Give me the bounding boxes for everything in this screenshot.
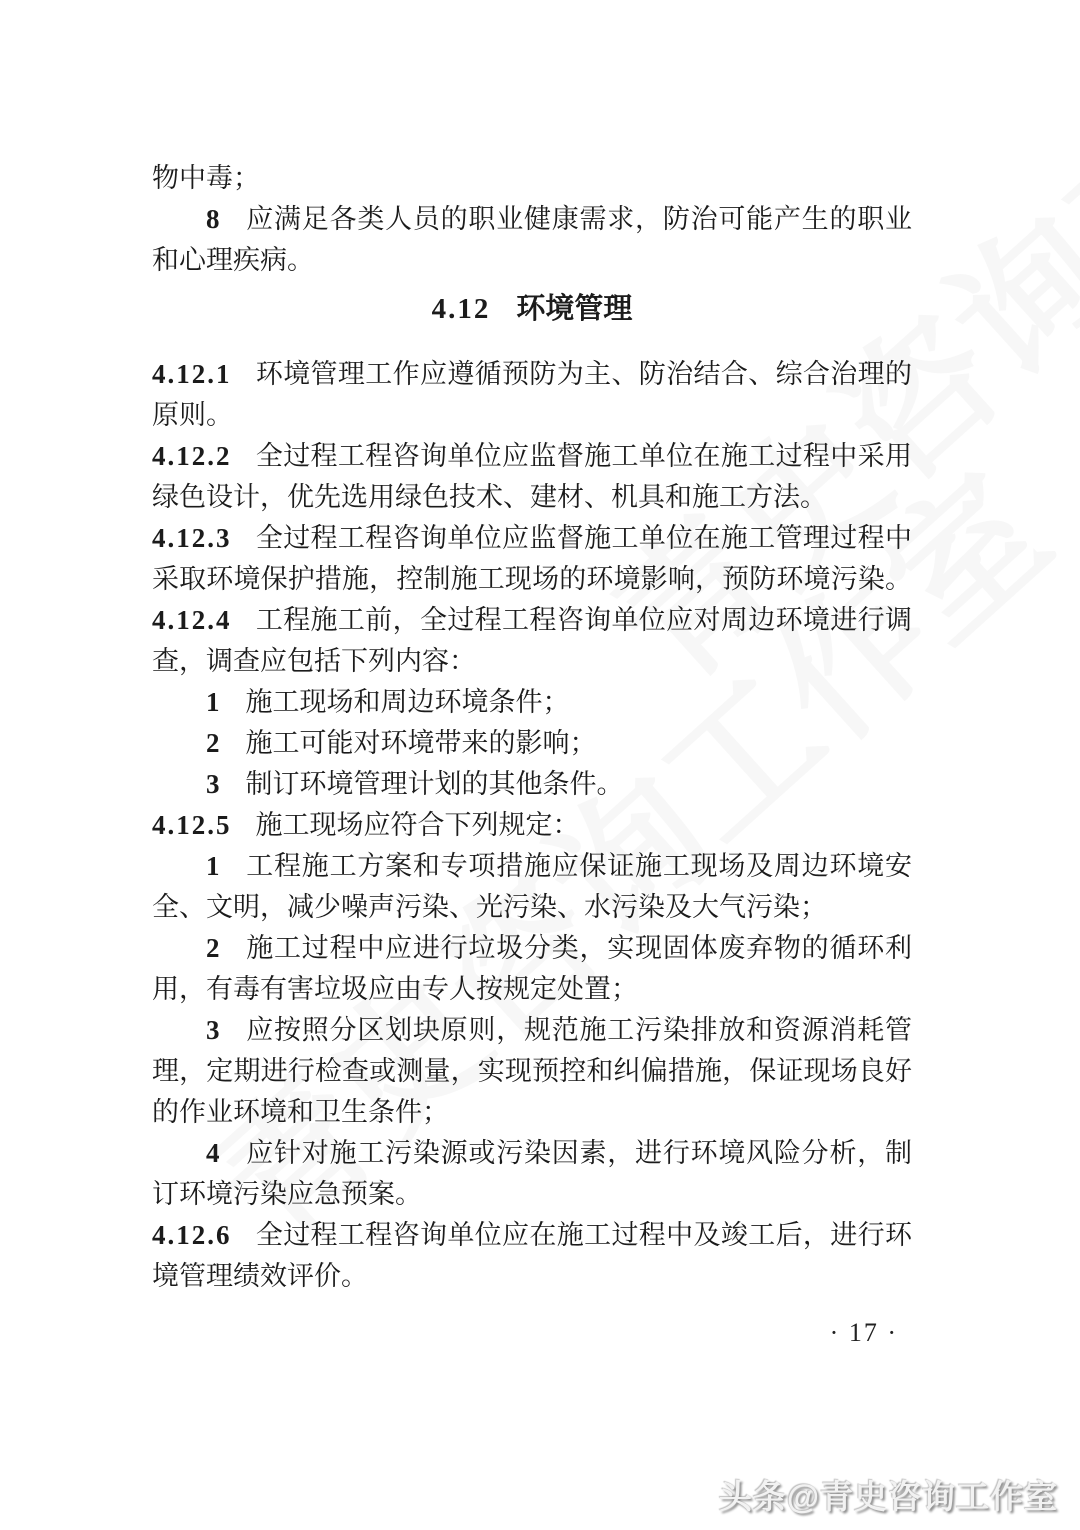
clause-number: 3 xyxy=(206,1015,222,1045)
text-line: 4.12.6全过程工程咨询单位应在施工过程中及竣工后，进行环 xyxy=(152,1215,912,1256)
clause-number: 4.12.1 xyxy=(152,359,232,389)
line-text: 采取环境保护措施，控制施工现场的环境影响，预防环境污染。 xyxy=(152,564,912,594)
line-text: 全过程工程咨询单位应监督施工单位在施工管理过程中 xyxy=(256,523,913,553)
text-line: 4.12.2全过程工程咨询单位应监督施工单位在施工过程中采用 xyxy=(152,436,912,477)
line-text: 应针对施工污染源或污染因素，进行环境风险分析，制 xyxy=(246,1138,913,1168)
text-line: 查，调查应包括下列内容： xyxy=(152,641,912,682)
line-text: 订环境污染应急预案。 xyxy=(152,1179,422,1209)
line-text: 环境管理 xyxy=(516,293,632,325)
clause-number: 4 xyxy=(206,1138,222,1168)
line-text: 查，调查应包括下列内容： xyxy=(152,646,476,676)
footer-watermark: 头条@青史咨询工作室 xyxy=(719,1471,1058,1518)
line-text: 的作业环境和卫生条件； xyxy=(152,1097,449,1127)
line-text: 制订环境管理计划的其他条件。 xyxy=(246,769,624,799)
text-line: 4应针对施工污染源或污染因素，进行环境风险分析，制 xyxy=(152,1133,912,1174)
clause-number: 4.12.6 xyxy=(152,1220,232,1250)
text-line: 采取环境保护措施，控制施工现场的环境影响，预防环境污染。 xyxy=(152,559,912,600)
line-text: 全、文明，减少噪声污染、光污染、水污染及大气污染； xyxy=(152,892,827,922)
text-line: 8应满足各类人员的职业健康需求，防治可能产生的职业 xyxy=(152,199,912,240)
line-text: 工程施工前，全过程工程咨询单位应对周边环境进行调 xyxy=(256,605,913,635)
line-text: 全过程工程咨询单位应监督施工单位在施工过程中采用 xyxy=(256,441,913,471)
text-line: 和心理疾病。 xyxy=(152,240,912,281)
line-text: 和心理疾病。 xyxy=(152,245,314,275)
line-text: 理，定期进行检查或测量，实现预控和纠偏措施，保证现场良好 xyxy=(152,1056,912,1086)
line-text: 绿色设计，优先选用绿色技术、建材、机具和施工方法。 xyxy=(152,482,827,512)
text-line: 2施工过程中应进行垃圾分类，实现固体废弃物的循环利 xyxy=(152,928,912,969)
text-line: 2施工可能对环境带来的影响； xyxy=(152,723,912,764)
text-line: 用，有毒有害垃圾应由专人按规定处置； xyxy=(152,969,912,1010)
line-text: 施工可能对环境带来的影响； xyxy=(246,728,597,758)
text-line: 全、文明，减少噪声污染、光污染、水污染及大气污染； xyxy=(152,887,912,928)
clause-number: 4.12.4 xyxy=(152,605,232,635)
line-text: 应按照分区划块原则，规范施工污染排放和资源消耗管 xyxy=(246,1015,913,1045)
line-text: 应满足各类人员的职业健康需求，防治可能产生的职业 xyxy=(246,204,913,234)
clause-number: 8 xyxy=(206,204,222,234)
line-text: 物中毒； xyxy=(152,163,260,193)
text-line: 的作业环境和卫生条件； xyxy=(152,1092,912,1133)
clause-number: 2 xyxy=(206,728,222,758)
text-line: 境管理绩效评价。 xyxy=(152,1256,912,1297)
clause-number: 1 xyxy=(206,687,222,717)
line-text: 原则。 xyxy=(152,400,233,430)
text-line: 4.12.1环境管理工作应遵循预防为主、防治结合、综合治理的 xyxy=(152,354,912,395)
clause-number: 4.12 xyxy=(432,293,491,325)
text-line: 1工程施工方案和专项措施应保证施工现场及周边环境安 xyxy=(152,846,912,887)
text-line: 3应按照分区划块原则，规范施工污染排放和资源消耗管 xyxy=(152,1010,912,1051)
line-text: 施工过程中应进行垃圾分类，实现固体废弃物的循环利 xyxy=(246,933,913,963)
clause-number: 4.12.2 xyxy=(152,441,232,471)
text-line: 3制订环境管理计划的其他条件。 xyxy=(152,764,912,805)
text-line: 物中毒； xyxy=(152,158,912,199)
text-line: 4.12.4工程施工前，全过程工程咨询单位应对周边环境进行调 xyxy=(152,600,912,641)
text-line: 订环境污染应急预案。 xyxy=(152,1174,912,1215)
document-page: 青史咨询工作室 青史咨询工作室 物中毒；8应满足各类人员的职业健康需求，防治可能… xyxy=(0,0,1080,1530)
line-text: 施工现场和周边环境条件； xyxy=(246,687,570,717)
clause-number: 4.12.5 xyxy=(152,810,232,840)
document-lines: 物中毒；8应满足各类人员的职业健康需求，防治可能产生的职业和心理疾病。4.12环… xyxy=(152,158,912,1297)
line-text: 工程施工方案和专项措施应保证施工现场及周边环境安 xyxy=(246,851,913,881)
clause-number: 2 xyxy=(206,933,222,963)
text-line: 绿色设计，优先选用绿色技术、建材、机具和施工方法。 xyxy=(152,477,912,518)
line-text: 施工现场应符合下列规定： xyxy=(256,810,580,840)
text-line: 理，定期进行检查或测量，实现预控和纠偏措施，保证现场良好 xyxy=(152,1051,912,1092)
page-number: · 17 · xyxy=(152,1318,898,1348)
section-heading: 4.12环境管理 xyxy=(152,289,912,330)
line-text: 环境管理工作应遵循预防为主、防治结合、综合治理的 xyxy=(256,359,913,389)
clause-number: 3 xyxy=(206,769,222,799)
line-text: 境管理绩效评价。 xyxy=(152,1261,368,1291)
text-line: 1施工现场和周边环境条件； xyxy=(152,682,912,723)
text-line: 4.12.3全过程工程咨询单位应监督施工单位在施工管理过程中 xyxy=(152,518,912,559)
text-line: 原则。 xyxy=(152,395,912,436)
clause-number: 1 xyxy=(206,851,222,881)
line-text: 全过程工程咨询单位应在施工过程中及竣工后，进行环 xyxy=(256,1220,913,1250)
text-line: 4.12.5施工现场应符合下列规定： xyxy=(152,805,912,846)
line-text: 用，有毒有害垃圾应由专人按规定处置； xyxy=(152,974,638,1004)
clause-number: 4.12.3 xyxy=(152,523,232,553)
